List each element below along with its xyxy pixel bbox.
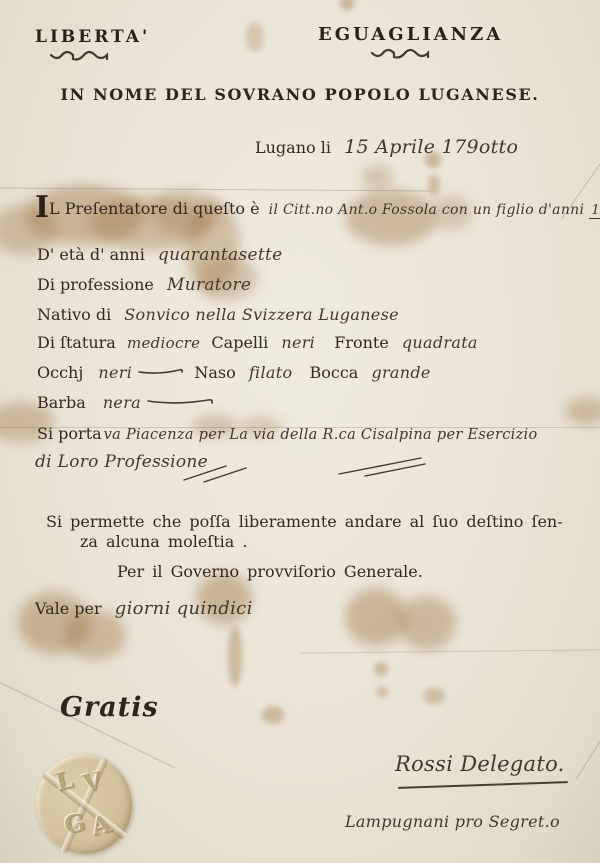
field-value: quarantasette: [158, 245, 283, 265]
field-label: Nativo di: [37, 305, 111, 324]
paper-crease: [576, 677, 600, 779]
field-eyes-nose-mouth: Occhj neri Naso filato Bocca grande: [37, 363, 431, 382]
field-value: grande: [371, 363, 430, 382]
flourish-icon: [49, 48, 119, 62]
field-value: Muratore: [167, 275, 251, 295]
field-label: Fronte: [334, 333, 389, 352]
stain: [246, 22, 264, 52]
lugano-wax-seal: L V G A: [25, 744, 142, 863]
header-left: LIBERTA': [35, 27, 150, 62]
field-beard: Barba nera: [37, 393, 216, 412]
header-right-label: EGUAGLIANZA: [318, 24, 503, 45]
intro-printed: L Preſentatore di queſto è: [49, 199, 260, 218]
stain: [376, 686, 388, 698]
stain: [374, 662, 388, 676]
gratis-label: Gratis: [60, 692, 159, 723]
validity-printed: Vale per: [35, 599, 102, 618]
signature-text: Rossi Delegato.: [395, 752, 565, 776]
field-age: D' età d' anni quarantasette: [37, 245, 282, 265]
field-label: Occhj: [37, 363, 83, 382]
field-value: quadrata: [402, 333, 478, 352]
date-handwritten: 15 Aprile 179otto: [344, 136, 518, 158]
stain: [565, 398, 600, 424]
intro-age: 15: [589, 203, 600, 219]
signature-primary: Rossi Delegato.: [395, 752, 565, 776]
government-text: Per il Governo provviſorio Generale.: [117, 562, 423, 581]
field-value: neri: [281, 333, 315, 352]
document-title: IN NOME DEL SOVRANO POPOLO LUGANESE.: [0, 85, 600, 104]
validity-handwritten: giorni quindici: [115, 598, 253, 619]
field-label: Barba: [37, 393, 86, 412]
stain: [428, 174, 440, 196]
stain: [423, 688, 445, 704]
field-label: D' età d' anni: [37, 245, 145, 264]
field-value: filato: [249, 363, 293, 382]
signature-text: Lampugnani pro Segret.o: [345, 812, 560, 831]
travel-printed: Si porta: [37, 424, 102, 443]
flourish-icon: [370, 46, 440, 60]
field-stature-hair-forehead: Di ſtatura mediocre Capelli neri Fronte …: [37, 333, 478, 352]
field-label: Bocca: [309, 363, 358, 382]
pen-stroke-icon: [137, 366, 185, 376]
travel-line: Si portava Piacenza per La via della R.c…: [37, 424, 538, 443]
stain: [362, 165, 392, 189]
permit-text: Si permette che poſſa liberamente andare…: [46, 512, 563, 531]
signature-secondary: Lampugnani pro Segret.o: [345, 812, 560, 831]
validity-line: Vale per giorni quindici: [35, 598, 253, 619]
stain: [228, 626, 242, 686]
stain: [398, 596, 456, 650]
signature-underline: [398, 781, 568, 789]
travel-handwritten: va Piacenza per La via della R.ca Cisalp…: [104, 427, 538, 443]
date-line: Lugano li 15 Aprile 179otto: [255, 136, 518, 158]
permit-line-1: Si permette che poſſa liberamente andare…: [46, 512, 563, 531]
field-label: Capelli: [211, 333, 268, 352]
pen-stroke-icon: [146, 396, 216, 406]
field-birthplace: Nativo di Sonvico nella Svizzera Luganes…: [37, 305, 399, 324]
seal-letter: L: [52, 764, 75, 796]
field-value: neri: [98, 363, 132, 382]
pen-flourish-icon: [335, 452, 430, 478]
permit-line-2: za alcuna moleſtia .: [80, 532, 247, 551]
intro-line: IL Preſentatore di queſto è il Citt.no A…: [35, 199, 600, 218]
paper-crease: [300, 649, 600, 653]
field-value: Sonvico nella Svizzera Luganese: [124, 305, 399, 324]
intro-handwritten: il Citt.no Ant.o Fossola con un figlio d…: [269, 202, 585, 218]
date-printed: Lugano li: [255, 138, 331, 157]
field-label: Naso: [194, 363, 235, 382]
stain: [340, 0, 354, 10]
field-label: Di ſtatura: [37, 333, 116, 352]
seal-letter: A: [88, 809, 113, 842]
header-left-label: LIBERTA': [35, 27, 150, 47]
government-line: Per il Governo provviſorio Generale.: [117, 562, 423, 581]
permit-text: za alcuna moleſtia .: [80, 532, 247, 551]
intro-dropcap: I: [35, 190, 49, 225]
field-value: nera: [103, 393, 141, 412]
field-profession: Di professione Muratore: [37, 275, 251, 295]
header-right: EGUAGLIANZA: [318, 24, 503, 60]
document-page: LIBERTA' EGUAGLIANZA IN NOME DEL SOVRANO…: [0, 0, 600, 863]
stain: [262, 706, 284, 724]
field-value: mediocre: [127, 334, 200, 352]
pen-flourish-icon: [180, 460, 250, 484]
field-label: Di professione: [37, 275, 154, 294]
